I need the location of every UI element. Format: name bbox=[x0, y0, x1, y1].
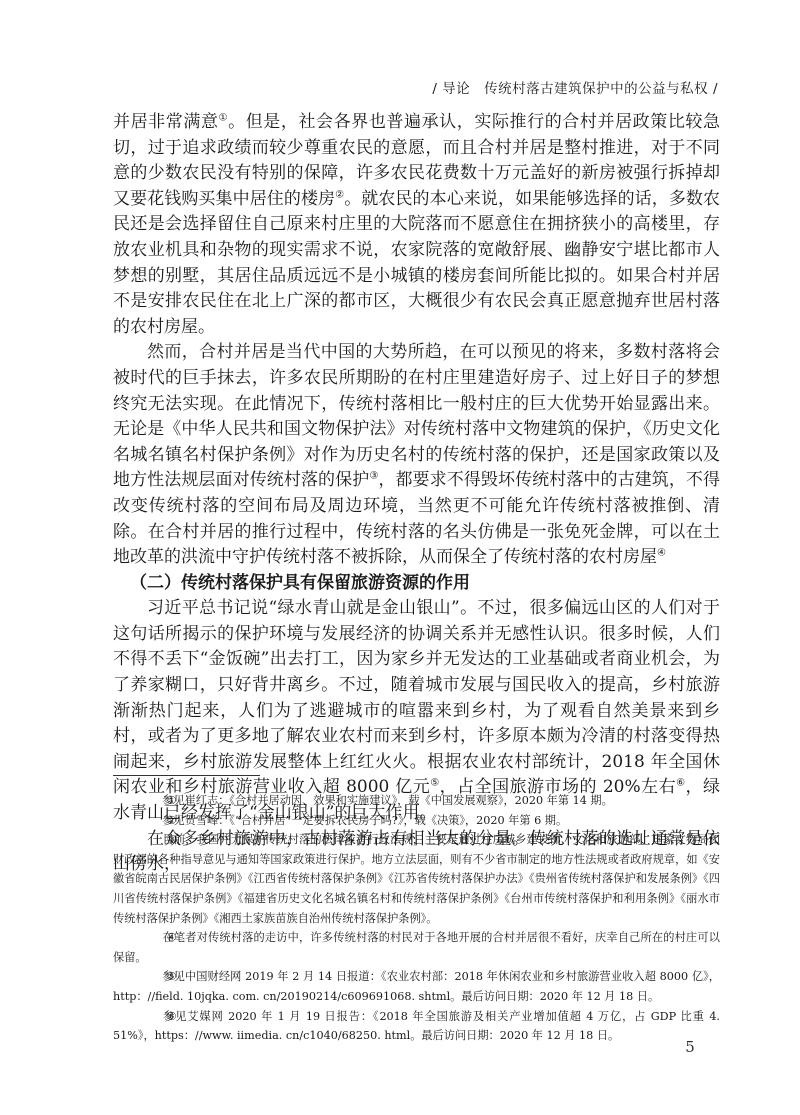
footnote-marker: ④ bbox=[140, 928, 162, 948]
footnote-reference[interactable]: ⑥ bbox=[676, 778, 685, 789]
footnote-marker: ⑤ bbox=[140, 967, 162, 987]
footnote-item: ⑤参见中国财经网 2019 年 2 月 14 日报道：《农业农村部：2018 年… bbox=[113, 967, 720, 1006]
footnote-item: ③目前，我国并无保护传统村落的法律或者行政法规，主要是通过住房城乡建设部、文化和… bbox=[113, 830, 720, 928]
footnote-item: ①参见崔红志：《合村并居动因、效果和实施建议》，载《中国发展观察》，2020 年… bbox=[113, 791, 720, 811]
footnote-reference[interactable]: ⑤ bbox=[430, 778, 439, 789]
document-page: / 导论 传统村落古建筑保护中的公益与私权 / 并居非常满意①。但是，社会各界也… bbox=[0, 0, 800, 1115]
running-head: / 导论 传统村落古建筑保护中的公益与私权 / bbox=[400, 77, 718, 97]
paragraph-text: 。就农民的本心来说，如果能够选择的话，多数农民还是会选择留住自己原来村庄里的大院… bbox=[113, 189, 720, 337]
paragraph-text: 并居非常满意 bbox=[113, 112, 219, 132]
footnote-marker: ③ bbox=[140, 830, 162, 850]
footnote-text: 目前，我国并无保护传统村落的法律或者行政法规，主要是通过住房城乡建设部、文化和旅… bbox=[113, 833, 720, 924]
footnote-reference[interactable]: ① bbox=[219, 112, 229, 123]
footnote-item: ⑥参见艾媒网 2020 年 1 月 19 日报告：《2018 年全国旅游及相关产… bbox=[113, 1007, 720, 1046]
section-heading: （二）传统村落保护具有保留旅游资源的作用 bbox=[113, 571, 720, 597]
paragraph-text: 习近平总书记说“绿水青山就是金山银山”。不过，很多偏远山区的人们对于这句话所揭示… bbox=[113, 598, 720, 797]
footnote-divider bbox=[113, 775, 260, 776]
footnote-item: ④在笔者对传统村落的走访中，许多传统村落的村民对于各地开展的合村并居很不看好，庆… bbox=[113, 928, 720, 967]
footnote-marker: ⑥ bbox=[140, 1007, 162, 1027]
body-text: 并居非常满意①。但是，社会各界也普遍承认，实际推行的合村并居政策比较急切，过于追… bbox=[113, 110, 720, 878]
footnote-text: 在笔者对传统村落的走访中，许多传统村落的村民对于各地开展的合村并居很不看好，庆幸… bbox=[113, 931, 720, 964]
footnote-item: ②参见贺雪峰：《“合村并居”一定要拆农民房子吗?》，载《决策》，2020 年第 … bbox=[113, 811, 720, 831]
footnotes: ①参见崔红志：《合村并居动因、效果和实施建议》，载《中国发展观察》，2020 年… bbox=[113, 791, 720, 1046]
body-paragraph: 然而，合村并居是当代中国的大势所趋，在可以预见的将来，多数村落将会被时代的巨手抹… bbox=[113, 340, 720, 570]
paragraph-text: 然而，合村并居是当代中国的大势所趋，在可以预见的将来，多数村落将会被时代的巨手抹… bbox=[113, 342, 720, 490]
footnote-marker: ① bbox=[140, 791, 162, 811]
page-number: 5 bbox=[680, 1038, 700, 1056]
footnote-text: 参见中国财经网 2019 年 2 月 14 日报道：《农业农村部：2018 年休… bbox=[113, 970, 720, 1003]
footnote-text: 参见崔红志：《合村并居动因、效果和实施建议》，载《中国发展观察》，2020 年第… bbox=[162, 794, 613, 807]
footnote-reference[interactable]: ④ bbox=[657, 547, 666, 558]
footnote-text: 参见艾媒网 2020 年 1 月 19 日报告：《2018 年全国旅游及相关产业… bbox=[113, 1010, 720, 1043]
footnote-marker: ② bbox=[140, 811, 162, 831]
footnote-reference[interactable]: ② bbox=[335, 189, 344, 200]
footnote-text: 参见贺雪峰：《“合村并居”一定要拆农民房子吗?》，载《决策》，2020 年第 6… bbox=[162, 814, 567, 827]
body-paragraph: 并居非常满意①。但是，社会各界也普遍承认，实际推行的合村并居政策比较急切，过于追… bbox=[113, 110, 720, 340]
